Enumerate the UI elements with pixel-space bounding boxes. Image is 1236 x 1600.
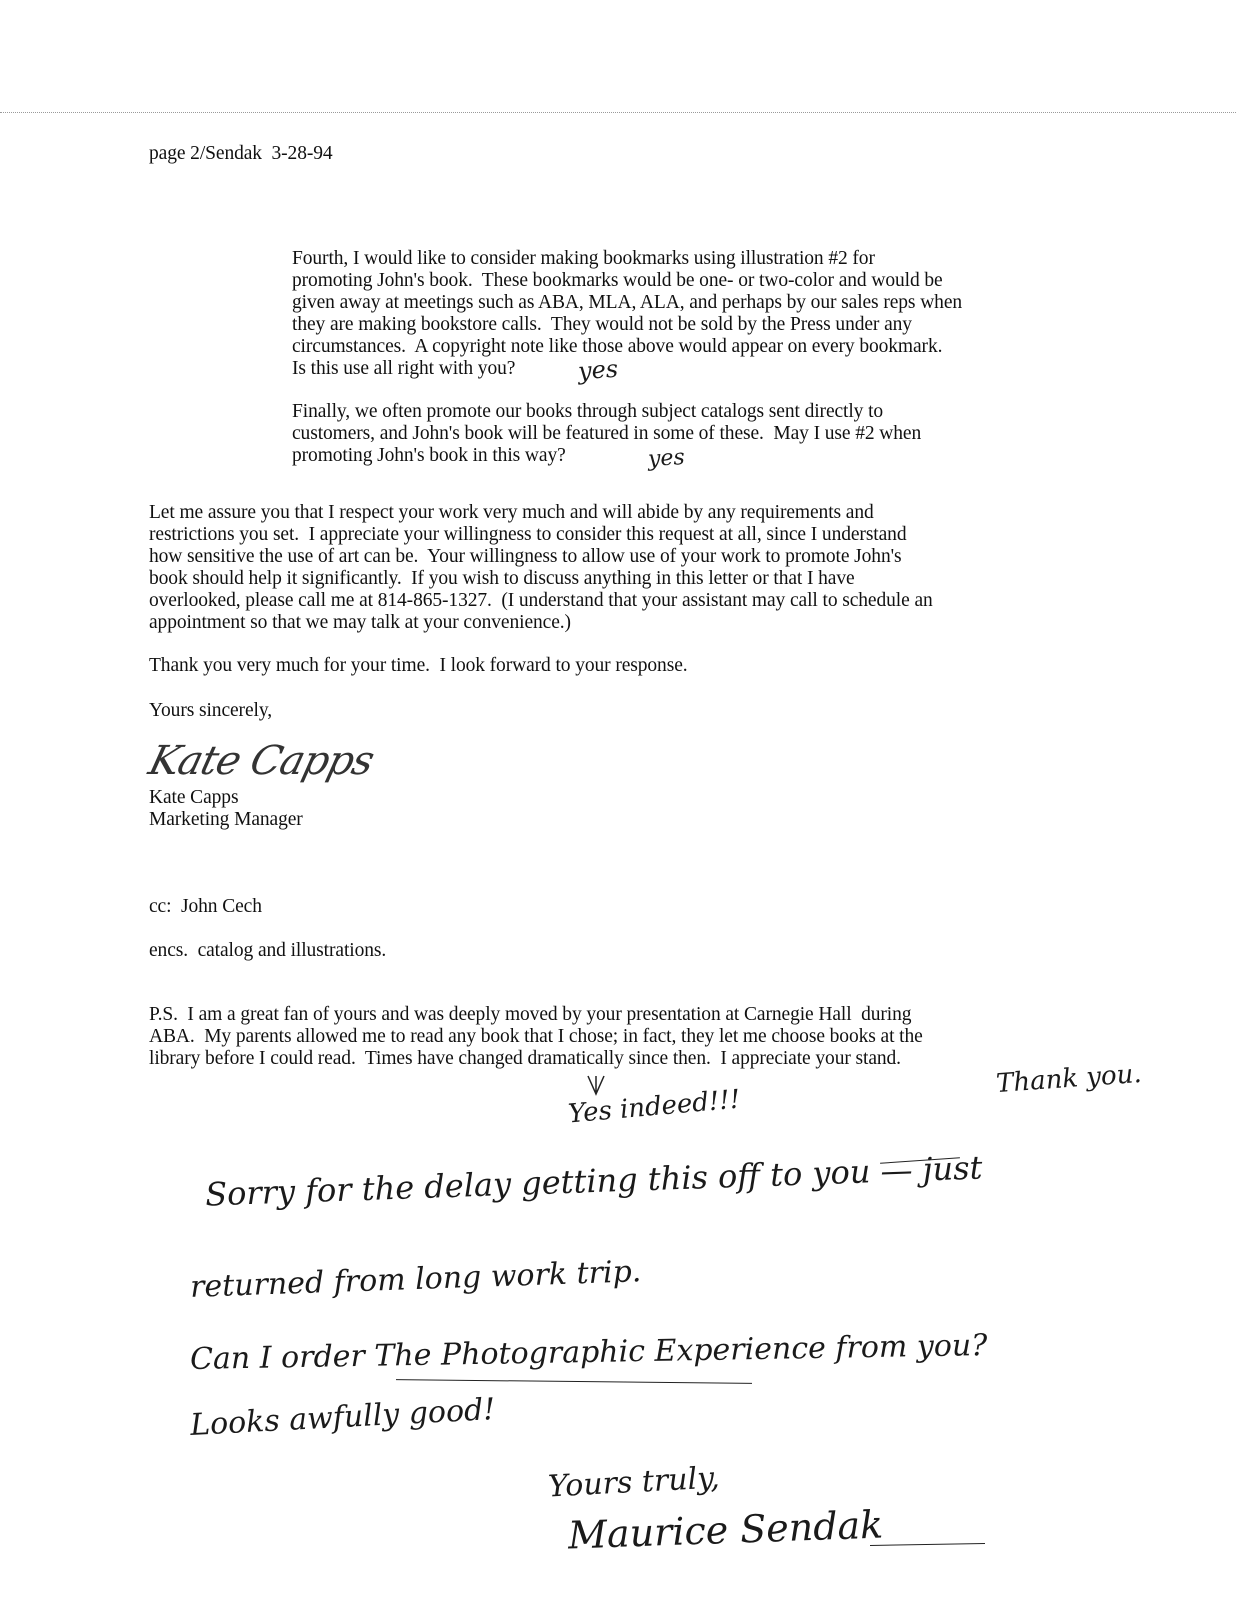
text-line: restrictions you set. I appreciate your …: [149, 524, 906, 546]
page-header: page 2/Sendak 3-28-94: [149, 143, 333, 165]
signature-kate-capps: Kate Capps: [144, 738, 378, 784]
signer-name: Kate Capps: [149, 787, 238, 809]
text-line: how sensitive the use of art can be. You…: [149, 546, 902, 568]
handwritten-thank-you: Thank you.: [995, 1059, 1142, 1099]
text-line: Fourth, I would like to consider making …: [292, 248, 875, 270]
text-line: Finally, we often promote our books thro…: [292, 401, 883, 423]
text-line: customers, and John's book will be featu…: [292, 423, 921, 445]
thanks-line: Thank you very much for your time. I loo…: [149, 655, 688, 677]
enclosures-line: encs. catalog and illustrations.: [149, 940, 386, 962]
scan-edge-line: [0, 112, 1236, 113]
text-line: P.S. I am a great fan of yours and was d…: [149, 1004, 911, 1026]
text-line: promoting John's book in this way?: [292, 445, 566, 467]
signer-title: Marketing Manager: [149, 809, 303, 831]
text-line: promoting John's book. These bookmarks w…: [292, 270, 943, 292]
handwritten-line: Sorry for the delay getting this off to …: [205, 1148, 983, 1213]
text-line: overlooked, please call me at 814-865-13…: [149, 590, 933, 612]
text-line: given away at meetings such as ABA, MLA,…: [292, 292, 962, 314]
handwritten-yes-answer: yes: [577, 355, 619, 386]
title-underline: [396, 1379, 752, 1384]
salutation: Yours sincerely,: [149, 700, 272, 722]
text-line: ABA. My parents allowed me to read any b…: [149, 1026, 923, 1048]
handwritten-yes-answer: yes: [647, 445, 685, 472]
handwritten-line: Can I order The Photographic Experience …: [190, 1328, 988, 1377]
text-line: appointment so that we may talk at your …: [149, 612, 571, 634]
text-line: book should help it significantly. If yo…: [149, 568, 855, 590]
text-line: library before I could read. Times have …: [149, 1048, 901, 1070]
signature-maurice-sendak: Maurice Sendak: [567, 1503, 884, 1558]
cc-line: cc: John Cech: [149, 896, 262, 918]
handwritten-closing: Yours truly,: [547, 1461, 720, 1505]
handwritten-line: returned from long work trip.: [190, 1254, 642, 1305]
handwritten-line: Looks awfully good!: [189, 1392, 496, 1443]
text-line: Let me assure you that I respect your wo…: [149, 502, 874, 524]
signature-flourish: [870, 1543, 985, 1546]
text-line: Is this use all right with you?: [292, 358, 515, 380]
text-line: circumstances. A copyright note like tho…: [292, 336, 942, 358]
text-line: they are making bookstore calls. They wo…: [292, 314, 912, 336]
